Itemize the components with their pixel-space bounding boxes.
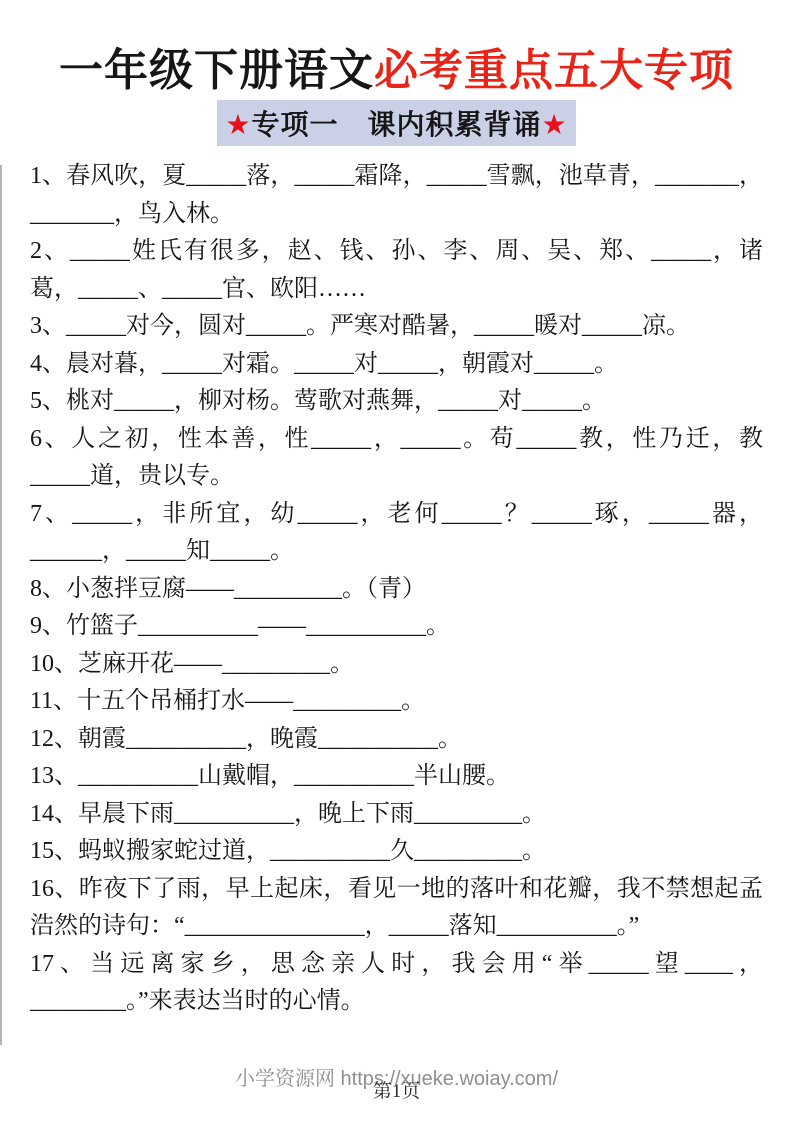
watermark-text: 小学资源网 https://xueke.woiay.com/ [0, 1062, 793, 1091]
question-11-line: 11、十五个吊桶打水——_________。 [30, 683, 763, 721]
question-4-line: 4、晨对暮，_____对霜。_____对_____，朝霞对_____。 [30, 346, 763, 384]
question-1-line: _______，鸟入林。 [30, 196, 763, 234]
page-title-red-part: 必考重点五大专项 [374, 46, 734, 95]
question-10-line: 10、芝麻开花——_________。 [30, 646, 763, 684]
question-6-line: _____道，贵以专。 [30, 458, 763, 496]
question-2-line: 2、_____姓氏有很多，赵、钱、孙、李、周、吴、郑、_____，诸 [30, 233, 763, 271]
question-17-line: 17、当远离家乡，思念亲人时，我会用“举_____望____， [30, 946, 763, 984]
question-5-line: 5、桃对_____，柳对杨。莺歌对燕舞，_____对_____。 [30, 383, 763, 421]
question-7-line: ______，_____知_____。 [30, 533, 763, 571]
question-6-line: 6、人之初，性本善，性_____，_____。苟_____教，性乃迁，教 [30, 421, 763, 459]
page-title-black-part: 一年级下册语文 [59, 46, 374, 95]
worksheet-page: 一年级下册语文必考重点五大专项 ★专项一 课内积累背诵★ 1、春风吹，夏____… [0, 0, 793, 1121]
question-14-line: 14、早晨下雨__________，晚上下雨_________。 [30, 796, 763, 834]
question-3-line: 3、_____对今，圆对_____。严寒对酷暑，_____暖对_____凉。 [30, 308, 763, 346]
question-16-line: 浩然的诗句：“_______________，_____落知__________… [30, 908, 763, 946]
page-title: 一年级下册语文必考重点五大专项 [0, 34, 793, 98]
section-header-label: 专项一 课内积累背诵 [251, 110, 541, 141]
scan-edge-artifact [0, 165, 2, 1045]
question-7-line: 7、_____，非所宜，幼_____，老何_____？_____琢，_____器… [30, 496, 763, 534]
question-15-line: 15、蚂蚁搬家蛇过道，__________久_________。 [30, 833, 763, 871]
section-header: ★专项一 课内积累背诵★ [217, 100, 575, 146]
question-12-line: 12、朝霞__________，晚霞__________。 [30, 721, 763, 759]
question-1-line: 1、春风吹，夏_____落，_____霜降，_____雪飘，池草青，______… [30, 158, 763, 196]
star-icon-right: ★ [542, 110, 568, 141]
question-2-line: 葛，_____、_____官、欧阳…… [30, 271, 763, 309]
page-number: 第1页 [0, 1076, 793, 1103]
questions-list: 1、春风吹，夏_____落，_____霜降，_____雪飘，池草青，______… [30, 158, 763, 1021]
star-icon-left: ★ [225, 110, 251, 141]
question-17-line: ________。”来表达当时的心情。 [30, 983, 763, 1021]
question-9-line: 9、竹篮子__________——__________。 [30, 608, 763, 646]
question-13-line: 13、__________山戴帽，__________半山腰。 [30, 758, 763, 796]
question-8-line: 8、小葱拌豆腐——_________。（青） [30, 571, 763, 609]
question-16-line: 16、昨夜下了雨，早上起床，看见一地的落叶和花瓣，我不禁想起孟 [30, 871, 763, 909]
section-header-row: ★专项一 课内积累背诵★ [0, 100, 793, 146]
